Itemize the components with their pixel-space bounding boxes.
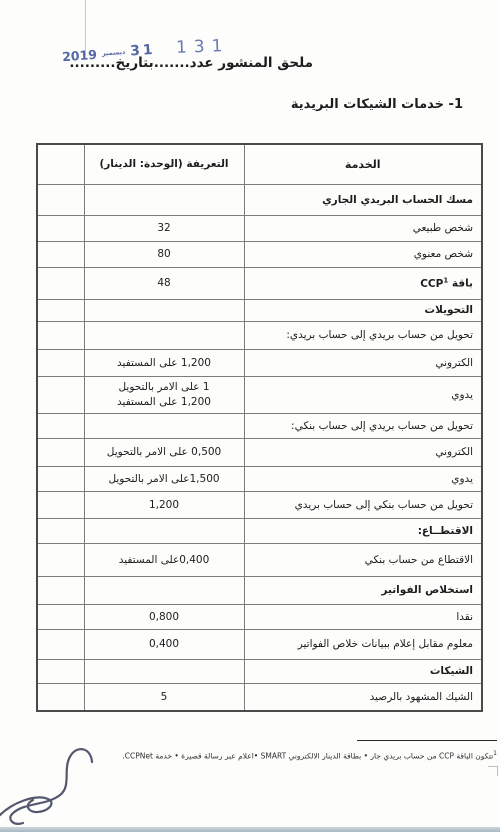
table-row: الكتروني1,200 على المستفيد	[37, 349, 482, 376]
service-cell: يدوي	[244, 376, 482, 413]
tariff-line: 1,200 على المستفيد	[93, 395, 236, 409]
tariff-cell: 0,400	[84, 629, 244, 659]
empty-cell	[37, 438, 84, 466]
tariff-cell	[84, 321, 244, 349]
empty-cell	[37, 184, 84, 215]
service-cell: تحويل من حساب بنكي إلى حساب بريدي	[244, 491, 482, 518]
table-row: معلوم مقابل إعلام ببيانات خلاص الفواتير0…	[37, 629, 482, 659]
stamp-year: 2019	[62, 46, 98, 63]
empty-cell	[37, 576, 84, 604]
empty-cell	[37, 491, 84, 518]
tariff-cell	[84, 659, 244, 683]
service-cell: شخص معنوي	[244, 241, 482, 267]
empty-cell	[37, 543, 84, 576]
footnote-marker: 1	[493, 750, 497, 757]
service-column-header: الخدمة	[244, 144, 482, 184]
service-latin-label: CCP1	[420, 278, 448, 290]
table-row: نقدا0,800	[37, 604, 482, 629]
empty-cell	[37, 413, 84, 438]
empty-cell	[37, 659, 84, 683]
table-row: الشيك المشهود بالرصيد5	[37, 683, 482, 711]
empty-cell	[37, 376, 84, 413]
stamp-month: ديسمبر	[102, 48, 126, 58]
tariff-column-header: التعريفة (الوحدة: الدينار)	[84, 144, 244, 184]
table-row: تحويل من حساب بريدي إلى حساب بريدي:	[37, 321, 482, 349]
service-cell: الاقتطــاع:	[244, 518, 482, 543]
tariff-cell: 1 على الامر بالتحويل1,200 على المستفيد	[84, 376, 244, 413]
service-cell: تحويل من حساب بريدي إلى حساب بريدي:	[244, 321, 482, 349]
table-row: الاقتطــاع:	[37, 518, 482, 543]
table-row: يدوي1 على الامر بالتحويل1,200 على المستف…	[37, 376, 482, 413]
tariff-cell	[84, 184, 244, 215]
table-row: مسك الحساب البريدي الجاري	[37, 184, 482, 215]
tariff-cell	[84, 299, 244, 321]
signature-scribble	[0, 742, 114, 832]
service-cell: شخص طبيعي	[244, 215, 482, 241]
empty-cell	[37, 466, 84, 491]
empty-cell	[37, 299, 84, 321]
empty-column-header	[37, 144, 84, 184]
service-cell: مسك الحساب البريدي الجاري	[244, 184, 482, 215]
service-cell: يدوي	[244, 466, 482, 491]
empty-cell	[37, 683, 84, 711]
tariff-cell: 48	[84, 267, 244, 299]
service-cell: الشيك المشهود بالرصيد	[244, 683, 482, 711]
scanned-document-page: 131 ملحق المنشور عدد.......بتاريخ.......…	[0, 0, 500, 832]
stamp-day: 31	[130, 42, 157, 60]
service-cell: معلوم مقابل إعلام ببيانات خلاص الفواتير	[244, 629, 482, 659]
tariff-cell: 1,500على الامر بالتحويل	[84, 466, 244, 491]
empty-cell	[37, 215, 84, 241]
empty-cell	[37, 267, 84, 299]
empty-cell	[37, 604, 84, 629]
tariff-cell	[84, 518, 244, 543]
empty-cell	[37, 349, 84, 376]
tariff-cell	[84, 576, 244, 604]
tariff-cell: 5	[84, 683, 244, 711]
service-cell: التحويلات	[244, 299, 482, 321]
service-cell: الكتروني	[244, 349, 482, 376]
footnote: 1تتكون الباقة CCP من حساب بريدي جار • بط…	[95, 750, 497, 761]
table-row: شخص معنوي80	[37, 241, 482, 267]
tariff-cell: 80	[84, 241, 244, 267]
table-row: يدوي1,500على الامر بالتحويل	[37, 466, 482, 491]
tariff-cell: 0,400على المستفيد	[84, 543, 244, 576]
table-row: الكتروني0,500 على الامر بالتحويل	[37, 438, 482, 466]
tariff-cell: 1,200 على المستفيد	[84, 349, 244, 376]
table-row: باقة CCP148	[37, 267, 482, 299]
table-row: التحويلات	[37, 299, 482, 321]
service-cell: باقة CCP1	[244, 267, 482, 299]
tariff-cell: 1,200	[84, 491, 244, 518]
table-row: استخلاص الفواتير	[37, 576, 482, 604]
service-cell: نقدا	[244, 604, 482, 629]
table-row: الاقتطاع من حساب بنكي0,400على المستفيد	[37, 543, 482, 576]
tariff-cell	[84, 413, 244, 438]
empty-cell	[37, 518, 84, 543]
tariff-cell: 0,500 على الامر بالتحويل	[84, 438, 244, 466]
table-row: تحويل من حساب بنكي إلى حساب بريدي1,200	[37, 491, 482, 518]
service-cell: الكتروني	[244, 438, 482, 466]
empty-cell	[37, 629, 84, 659]
footnote-divider	[357, 740, 497, 741]
service-cell: الشيكات	[244, 659, 482, 683]
empty-cell	[37, 321, 84, 349]
table-header-row: الخدمة التعريفة (الوحدة: الدينار)	[37, 144, 482, 184]
service-cell: الاقتطاع من حساب بنكي	[244, 543, 482, 576]
service-cell: تحويل من حساب بريدي إلى حساب بنكي:	[244, 413, 482, 438]
tariff-table: الخدمة التعريفة (الوحدة: الدينار) مسك ال…	[36, 143, 483, 712]
service-cell: استخلاص الفواتير	[244, 576, 482, 604]
footnote-text: تتكون الباقة CCP من حساب بريدي جار • بطا…	[122, 752, 493, 761]
tariff-cell: 0,800	[84, 604, 244, 629]
table-body: مسك الحساب البريدي الجاريشخص طبيعي32شخص …	[37, 184, 482, 711]
table-row: تحويل من حساب بريدي إلى حساب بنكي:	[37, 413, 482, 438]
tariff-line: 1 على الامر بالتحويل	[93, 380, 236, 394]
page-title: 1- خدمات الشيكات البريدية	[291, 97, 463, 112]
empty-cell	[37, 241, 84, 267]
table-row: شخص طبيعي32	[37, 215, 482, 241]
tariff-cell: 32	[84, 215, 244, 241]
scan-corner-artifact	[488, 766, 498, 776]
table-row: الشيكات	[37, 659, 482, 683]
